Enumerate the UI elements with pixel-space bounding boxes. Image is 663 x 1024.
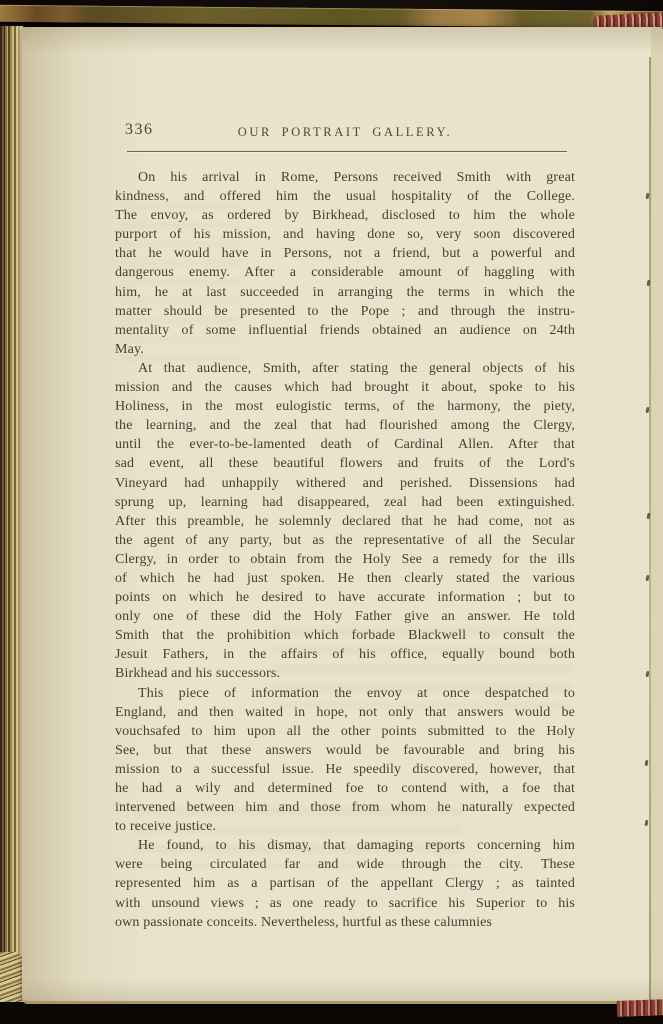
paragraph: He found, to his dismay, that damaging r… [115, 836, 575, 931]
text-line: The envoy, as ordered by Birkhead, discl… [115, 206, 575, 225]
text-line: to receive justice. [115, 817, 575, 836]
text-line: represented him as a partisan of the app… [115, 874, 575, 893]
text-line: mission and the causes which had brought… [115, 378, 575, 397]
page-edges-left [0, 26, 23, 978]
text-line: were being circulated far and wide throu… [115, 855, 575, 874]
text-line: him, he at last succeeded in arranging t… [115, 283, 575, 302]
text-line: Clergy, in order to obtain from the Holy… [115, 550, 575, 569]
text-line: kindness, and offered him the usual hosp… [115, 187, 575, 206]
text-line: he had a wily and determined foe to cont… [115, 779, 575, 798]
text-line: the agent of any party, but as the repre… [115, 531, 575, 550]
text-line: the learning, and the zeal that had flou… [115, 416, 575, 435]
text-line: Smith that the prohibition which forbade… [115, 626, 575, 645]
text-line: He found, to his dismay, that damaging r… [115, 836, 575, 855]
text-line: Holiness, in the most eulogistic terms, … [115, 397, 575, 416]
page-crease-speck [645, 760, 649, 766]
header-rule [127, 151, 567, 152]
text-line: At that audience, Smith, after stating t… [115, 359, 575, 378]
text-line: See, but that these answers would be fav… [115, 741, 575, 760]
cover-corner-bottom-right [617, 999, 663, 1017]
text-line: vouchsafed to him upon all the other poi… [115, 722, 575, 741]
text-line: purport of his mission, and having done … [115, 225, 575, 244]
text-line: points on which he desired to have accur… [115, 588, 575, 607]
page-crease [649, 57, 651, 1001]
text-line: matter should be presented to the Pope ;… [115, 302, 575, 321]
right-page-strip [651, 27, 663, 1001]
text-line: This piece of information the envoy at o… [115, 684, 575, 703]
text-line: After this preamble, he solemnly declare… [115, 512, 575, 531]
text-line: with unsound views ; as one ready to sac… [115, 894, 575, 913]
text-line: only one of these did the Holy Father gi… [115, 607, 575, 626]
running-title: OUR PORTRAIT GALLERY. [115, 125, 575, 140]
book-cover-top-edge [0, 5, 663, 28]
paragraph: On his arrival in Rome, Persons received… [115, 168, 575, 359]
text-line: Jesuit Fathers, in the affairs of his of… [115, 645, 575, 664]
text-line: On his arrival in Rome, Persons received… [115, 168, 575, 187]
text-line: own passionate conceits. Nevertheless, h… [115, 913, 575, 932]
text-line: mission to a successful issue. He speedi… [115, 760, 575, 779]
text-line: sad event, all these beautiful flowers a… [115, 454, 575, 473]
text-line: sprung up, learning had disappeared, zea… [115, 493, 575, 512]
scanned-book-photo: 336 OUR PORTRAIT GALLERY. On his arrival… [0, 0, 663, 1024]
text-block: On his arrival in Rome, Persons received… [115, 168, 575, 932]
text-line: intervened between him and those from wh… [115, 798, 575, 817]
text-line: until the ever-to-be-lamented death of C… [115, 435, 575, 454]
text-line: of which he had just spoken. He then cle… [115, 569, 575, 588]
text-line: dangerous enemy. After a considerable am… [115, 263, 575, 282]
page-crease-speck [645, 820, 649, 826]
text-line: that he would have in Persons, not a fri… [115, 244, 575, 263]
text-line: May. [115, 340, 575, 359]
paragraph: At that audience, Smith, after stating t… [115, 359, 575, 684]
paragraph: This piece of information the envoy at o… [115, 684, 575, 837]
text-line: mentality of some influential friends ob… [115, 321, 575, 340]
text-line: Birkhead and his successors. [115, 664, 575, 683]
book-page: 336 OUR PORTRAIT GALLERY. On his arrival… [22, 27, 663, 1004]
text-line: England, and then waited in hope, not on… [115, 703, 575, 722]
page-header: 336 OUR PORTRAIT GALLERY. [115, 119, 575, 151]
text-line: Vineyard had unhappily withered and peri… [115, 474, 575, 493]
